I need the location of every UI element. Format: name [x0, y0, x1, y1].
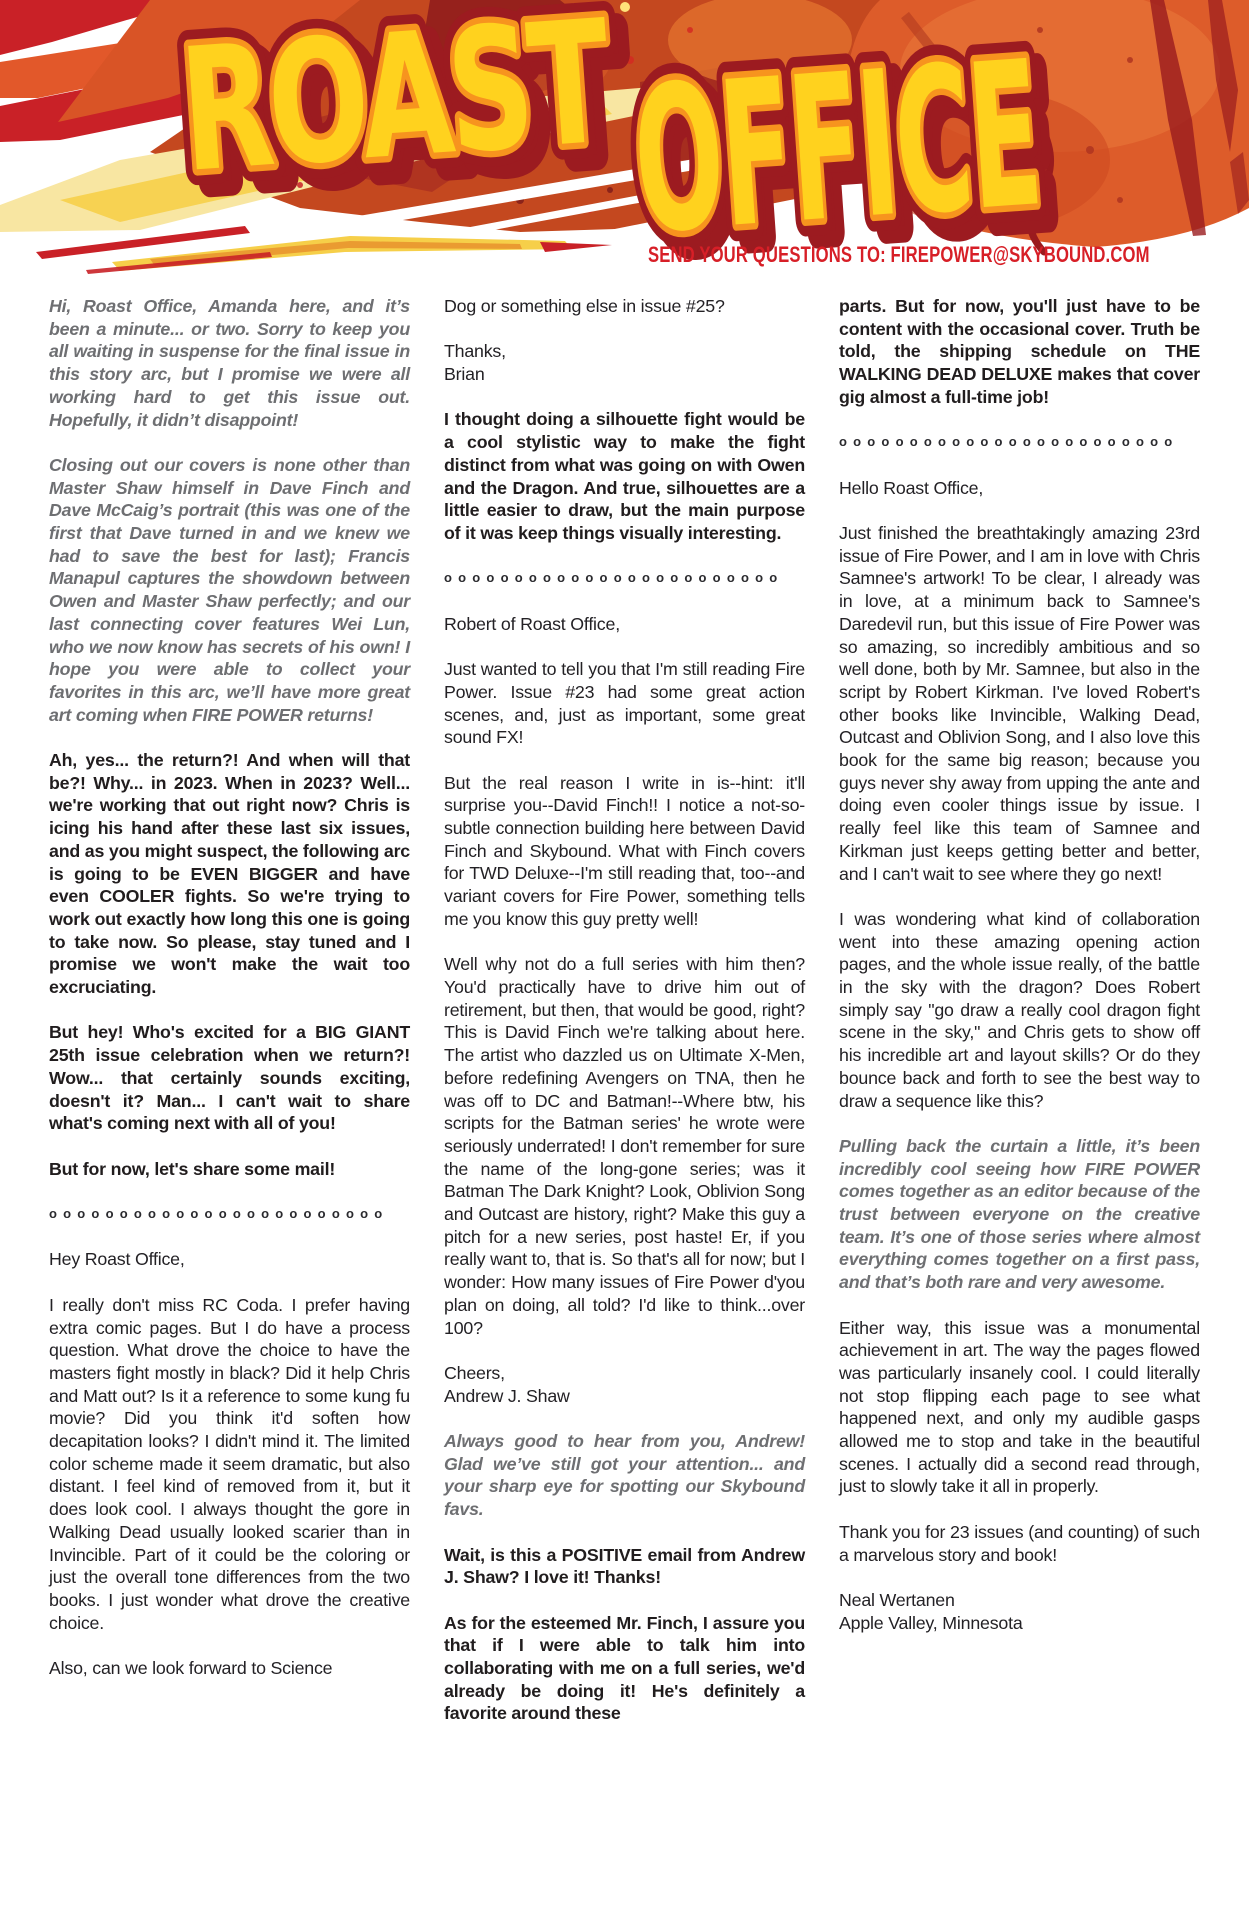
paragraph-editor-bold: But for now, let's share some mail!	[49, 1158, 410, 1181]
letters-columns: Hi, Roast Office, Amanda here, and it’s …	[49, 295, 1200, 1748]
paragraph-letter: Well why not do a full series with him t…	[444, 953, 805, 1339]
column-3: parts. But for now, you'll just have to …	[839, 295, 1200, 1748]
header: ROAST ROAST ROAST OFFICE OFFICE OFFICE S…	[0, 0, 1249, 300]
paragraph-letter: Also, can we look forward to Science	[49, 1657, 410, 1680]
logo-office-text: OFFICE	[627, 18, 1046, 279]
paragraph-editor-bold: But hey! Who's excited for a BIG GIANT 2…	[49, 1021, 410, 1135]
paragraph-editor-italic: Closing out our covers is none other tha…	[49, 454, 410, 726]
paragraph-editor-italic: Pulling back the curtain a little, it’s …	[839, 1135, 1200, 1294]
paragraph-letter: Robert of Roast Office,	[444, 613, 805, 636]
paragraph-editor-bold: As for the esteemed Mr. Finch, I assure …	[444, 1612, 805, 1726]
contact-line: SEND YOUR QUESTIONS TO: FIREPOWER@SKYBOU…	[648, 242, 1150, 268]
logo-roast-text: ROAST	[175, 0, 616, 210]
paragraph-letter: I was wondering what kind of collaborati…	[839, 908, 1200, 1112]
paragraph-letter: I really don't miss RC Coda. I prefer ha…	[49, 1294, 410, 1635]
paragraph-editor-bold: Wait, is this a POSITIVE email from Andr…	[444, 1544, 805, 1589]
column-2: Dog or something else in issue #25?Thank…	[444, 295, 805, 1748]
logo-roast: ROAST ROAST ROAST	[175, 0, 628, 223]
paragraph-letter: But the real reason I write in is--hint:…	[444, 772, 805, 931]
paragraph-letter: Hello Roast Office,	[839, 477, 1200, 500]
paragraph-letter: Hey Roast Office,	[49, 1248, 410, 1271]
section-divider: oooooooooooooooooooooooo	[839, 431, 1200, 454]
paragraph-letter: Just wanted to tell you that I'm still r…	[444, 658, 805, 749]
paragraph-letter: Either way, this issue was a monumental …	[839, 1317, 1200, 1499]
paragraph-editor-bold: Ah, yes... the return?! And when will th…	[49, 749, 410, 999]
paragraph-editor-bold: I thought doing a silhouette fight would…	[444, 408, 805, 544]
section-divider: oooooooooooooooooooooooo	[49, 1203, 410, 1226]
paragraph-letter: Just finished the breathtakingly amazing…	[839, 522, 1200, 885]
paragraph-letter: Dog or something else in issue #25?	[444, 295, 805, 318]
paragraph-letter: Cheers, Andrew J. Shaw	[444, 1362, 805, 1407]
paragraph-letter: Thank you for 23 issues (and counting) o…	[839, 1521, 1200, 1566]
section-divider: oooooooooooooooooooooooo	[444, 567, 805, 590]
paragraph-editor-italic: Hi, Roast Office, Amanda here, and it’s …	[49, 295, 410, 431]
paragraph-editor-italic: Always good to hear from you, Andrew! Gl…	[444, 1430, 805, 1521]
paragraph-letter: Thanks, Brian	[444, 340, 805, 385]
letters-page: ROAST ROAST ROAST OFFICE OFFICE OFFICE S…	[0, 0, 1249, 1920]
column-1: Hi, Roast Office, Amanda here, and it’s …	[49, 295, 410, 1748]
paragraph-letter: Neal Wertanen Apple Valley, Minnesota	[839, 1589, 1200, 1634]
paragraph-editor-bold: parts. But for now, you'll just have to …	[839, 295, 1200, 409]
